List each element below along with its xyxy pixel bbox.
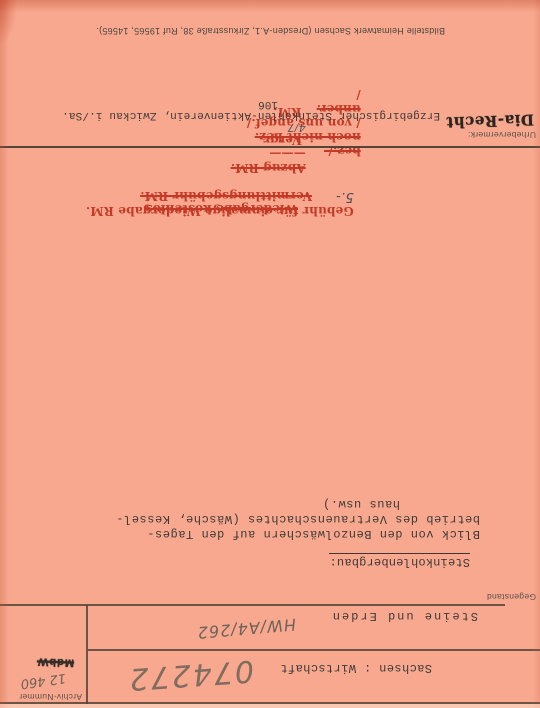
- cancelled-stamp: MdbW: [37, 655, 74, 668]
- fee-amount-handwritten: 5.-: [336, 189, 354, 204]
- rights-owner-number: 106: [258, 98, 278, 110]
- fee-line-kostenlos: Wiedergabe kostenlos: [146, 202, 298, 216]
- fee-line-payment-options: bez./ noch nicht bez. / von uns angef./ …: [242, 74, 387, 172]
- category-line: Sachsen : Wirtschaft: [280, 661, 432, 675]
- urhebervermerk-label: Urhebervermerk:: [468, 130, 536, 140]
- fee-line-vermittlung: Vermittlungsgebühr RM.: [140, 189, 312, 203]
- subject-line-2: betrieb des Vertrauenschachtes (Wäsche, …: [116, 512, 480, 526]
- bildstelle-banner: Bildstelle Heimatwerk Sachsen (Dresden-A…: [96, 26, 445, 36]
- subject-line-1: Blick von den Benzolwäschern auf den Tag…: [147, 527, 480, 541]
- signature-handwritten: HW/A4/262: [196, 615, 297, 643]
- category-row-divider: [88, 649, 540, 651]
- archiv-nummer-label: Archiv-Nummer: [19, 692, 82, 702]
- dia-recht-stamp: Dia-Recht: [446, 110, 535, 131]
- archiv-nummer-value: 12 460: [20, 670, 67, 691]
- card-rotated-180: Archiv-Nummer 12 460 MdbW Sachsen : Wirt…: [0, 0, 540, 708]
- rights-rule: [0, 146, 540, 148]
- subject-line-3: haus usw.): [322, 497, 400, 511]
- rights-owner-line: Erzgebirgischer Steinkohlen-Aktienverein…: [62, 109, 440, 121]
- top-rule: [0, 702, 540, 704]
- subject-heading: Steinkohlenbergbau:: [329, 553, 470, 569]
- scanned-archive-card: Archiv-Nummer 12 460 MdbW Sachsen : Wirt…: [0, 0, 540, 708]
- photo-number-handwritten: 074272: [126, 653, 255, 697]
- fee-opt-slash: /: [356, 88, 361, 102]
- gegenstand-label: Gegenstand: [487, 592, 536, 602]
- fee-opt-noch-nicht: noch nicht bez.: [255, 130, 361, 144]
- gegenstand-rule: [0, 604, 505, 606]
- subcategory-line: Steine und Erden: [331, 609, 478, 623]
- archiv-column-divider: [86, 605, 88, 704]
